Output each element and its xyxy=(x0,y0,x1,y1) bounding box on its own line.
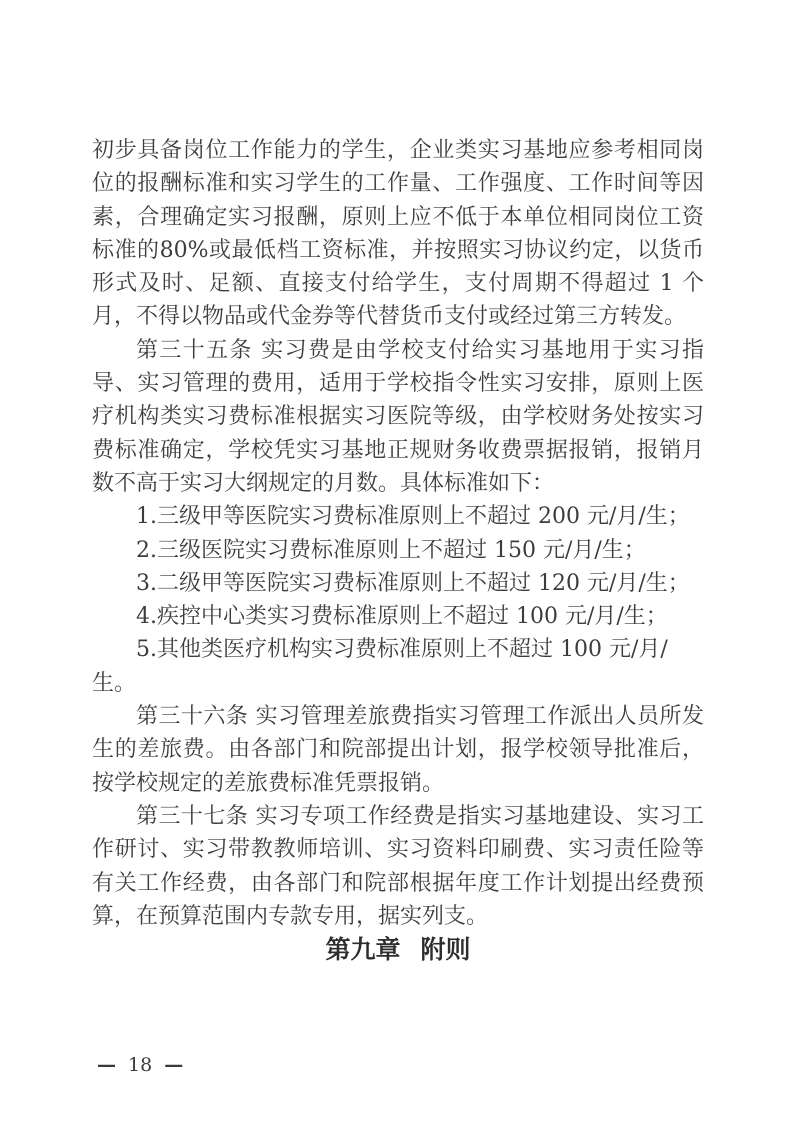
document-body: 初步具备岗位工作能力的学生，企业类实习基地应参考相同岗位的报酬标准和实习学生的工… xyxy=(92,134,704,966)
paragraph-article-36: 第三十六条 实习管理差旅费指实习管理工作派出人员所发生的差旅费。由各部门和院部提… xyxy=(92,700,704,800)
paragraph-article-37: 第三十七条 实习专项工作经费是指实习基地建设、实习工作研讨、实习带教教师培训、实… xyxy=(92,800,704,933)
document-page: 初步具备岗位工作能力的学生，企业类实习基地应参考相同岗位的报酬标准和实习学生的工… xyxy=(0,0,794,1123)
fee-standard-item-5: 5.其他类医疗机构实习费标准原则上不超过 100 元/月/生。 xyxy=(92,633,704,700)
page-number: 18 xyxy=(128,1054,152,1076)
paragraph-article-35: 第三十五条 实习费是由学校支付给实习基地用于实习指导、实习管理的费用，适用于学校… xyxy=(92,334,704,500)
footer-dash-right: — xyxy=(164,1054,183,1076)
chapter-title: 附则 xyxy=(421,935,471,964)
fee-standard-item-1: 1.三级甲等医院实习费标准原则上不超过 200 元/月/生； xyxy=(92,500,704,533)
chapter-number: 第九章 xyxy=(325,935,400,964)
paragraph-continuation: 初步具备岗位工作能力的学生，企业类实习基地应参考相同岗位的报酬标准和实习学生的工… xyxy=(92,134,704,334)
fee-standard-item-4: 4.疾控中心类实习费标准原则上不超过 100 元/月/生； xyxy=(92,600,704,633)
chapter-heading: 第九章附则 xyxy=(92,933,704,966)
fee-standard-item-2: 2.三级医院实习费标准原则上不超过 150 元/月/生； xyxy=(92,534,704,567)
footer-dash-left: — xyxy=(97,1054,116,1076)
fee-standard-item-3: 3.二级甲等医院实习费标准原则上不超过 120 元/月/生； xyxy=(92,567,704,600)
page-footer: — 18 — xyxy=(97,1054,183,1076)
